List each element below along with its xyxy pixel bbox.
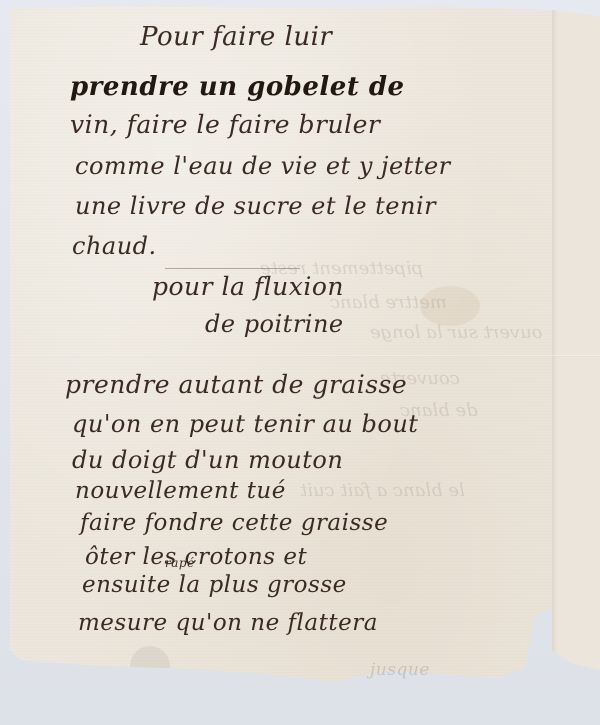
manuscript-line: une livre de sucre et le tenir bbox=[75, 192, 436, 220]
faint-bottom-text: jusque bbox=[370, 660, 430, 680]
right-leaf-edge bbox=[552, 10, 600, 670]
manuscript-line: faire fondre cette graisse bbox=[80, 510, 388, 536]
manuscript-line: ensuite la plus grosse bbox=[82, 572, 347, 598]
manuscript-line: mesure qu'on ne flattera bbox=[78, 610, 378, 636]
photo-background: pipettement reste mettre blanc ouvert su… bbox=[0, 0, 600, 725]
separator-line bbox=[165, 268, 300, 269]
section-heading: Pour faire luir bbox=[140, 22, 332, 52]
fold-crease bbox=[10, 355, 600, 357]
section-heading: de poitrine bbox=[205, 310, 344, 338]
manuscript-line: comme l'eau de vie et y jetter bbox=[75, 152, 451, 180]
manuscript-line: ôter les crotons et bbox=[85, 544, 307, 570]
manuscript-line: prendre autant de graisse bbox=[65, 370, 407, 399]
bleed-through-text: ouvert sur la longe bbox=[370, 322, 543, 343]
manuscript-line: vin, faire le faire bruler bbox=[70, 110, 380, 139]
bleed-through-text: le blanc a fait cuit bbox=[300, 480, 465, 501]
manuscript-line: qu'on en peut tenir au bout bbox=[72, 410, 418, 438]
section-heading: pour la fluxion bbox=[152, 272, 344, 301]
manuscript-line: chaud. bbox=[72, 232, 157, 260]
manuscript-line: prendre un gobelet de bbox=[70, 72, 405, 102]
manuscript-line: du doigt d'un mouton bbox=[72, 446, 343, 474]
interlinear-note: rapé bbox=[165, 556, 195, 570]
manuscript-line: nouvellement tué bbox=[75, 478, 286, 504]
bleed-through-text: mettre blanc bbox=[330, 292, 447, 313]
water-stain bbox=[130, 646, 170, 686]
